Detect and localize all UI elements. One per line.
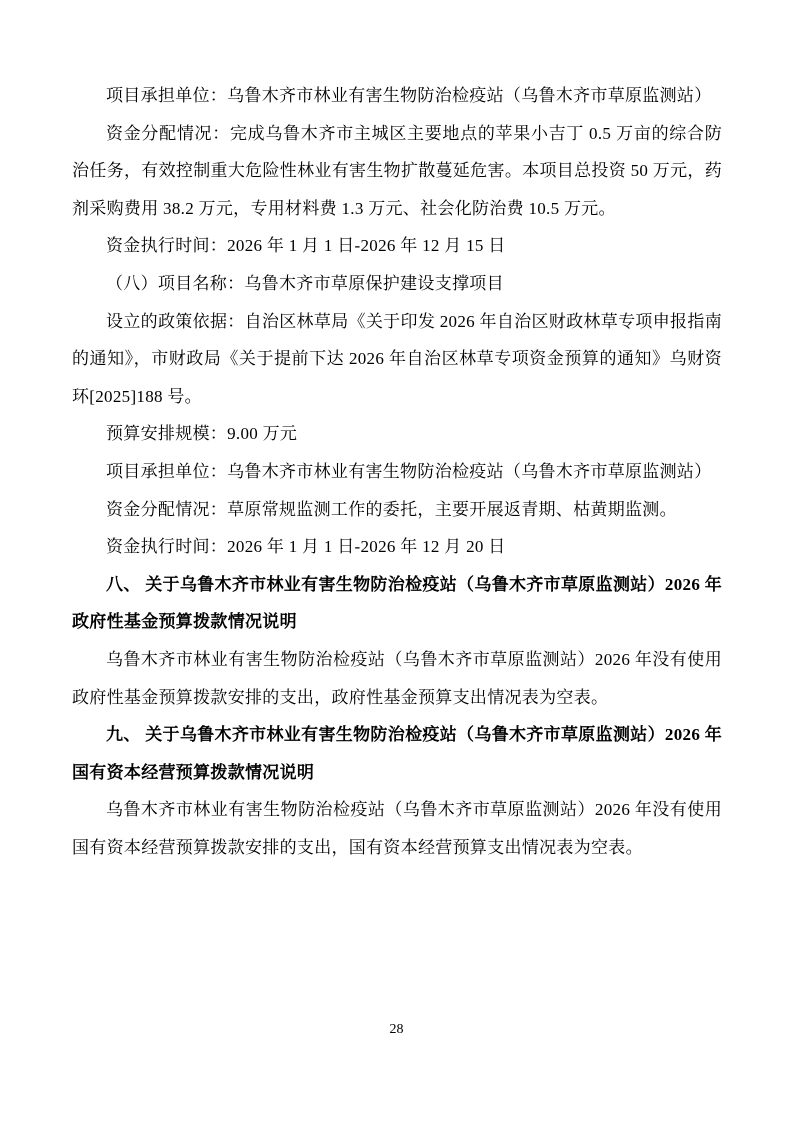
document-page: 项目承担单位：乌鲁木齐市林业有害生物防治检疫站（乌鲁木齐市草原监测站）资金分配情… (0, 0, 793, 1122)
paragraph: 资金执行时间：2026 年 1 月 1 日-2026 年 12 月 15 日 (72, 227, 722, 265)
paragraph: 资金分配情况：完成乌鲁木齐市主城区主要地点的苹果小吉丁 0.5 万亩的综合防治任… (72, 115, 722, 228)
section-heading: 九、 关于乌鲁木齐市林业有害生物防治检疫站（乌鲁木齐市草原监测站）2026 年国… (72, 716, 722, 791)
section-heading: 八、 关于乌鲁木齐市林业有害生物防治检疫站（乌鲁木齐市草原监测站）2026 年政… (72, 566, 722, 641)
paragraph: 项目承担单位：乌鲁木齐市林业有害生物防治检疫站（乌鲁木齐市草原监测站） (72, 453, 722, 491)
paragraph: 项目承担单位：乌鲁木齐市林业有害生物防治检疫站（乌鲁木齐市草原监测站） (72, 77, 722, 115)
paragraph: 乌鲁木齐市林业有害生物防治检疫站（乌鲁木齐市草原监测站）2026 年没有使用国有… (72, 791, 722, 866)
paragraph: 资金分配情况：草原常规监测工作的委托，主要开展返青期、枯黄期监测。 (72, 491, 722, 529)
paragraph: 乌鲁木齐市林业有害生物防治检疫站（乌鲁木齐市草原监测站）2026 年没有使用政府… (72, 641, 722, 716)
page-footer: 28 (0, 1020, 793, 1038)
document-body: 项目承担单位：乌鲁木齐市林业有害生物防治检疫站（乌鲁木齐市草原监测站）资金分配情… (72, 77, 722, 866)
paragraph: 设立的政策依据：自治区林草局《关于印发 2026 年自治区财政林草专项申报指南的… (72, 303, 722, 416)
page-number: 28 (390, 1022, 404, 1037)
paragraph: 资金执行时间：2026 年 1 月 1 日-2026 年 12 月 20 日 (72, 528, 722, 566)
paragraph: （八）项目名称：乌鲁木齐市草原保护建设支撑项目 (72, 265, 722, 303)
paragraph: 预算安排规模：9.00 万元 (72, 415, 722, 453)
